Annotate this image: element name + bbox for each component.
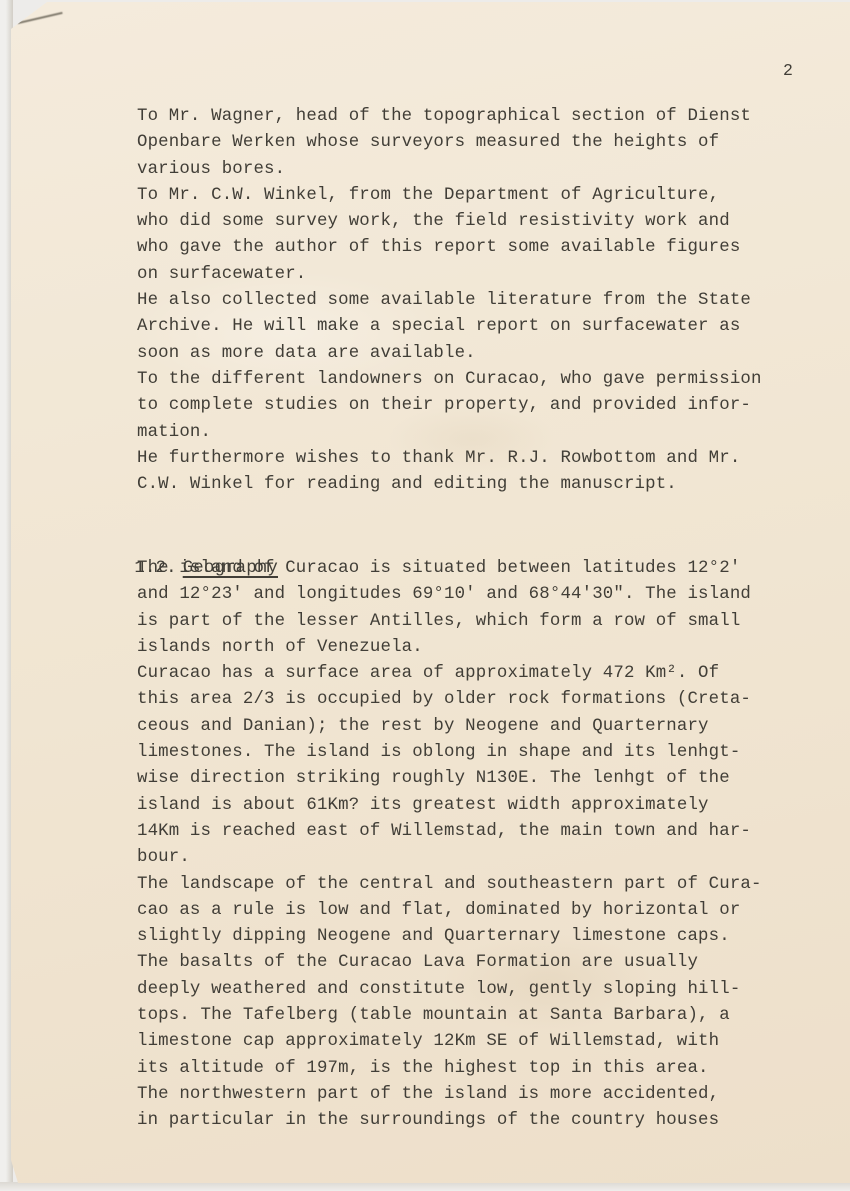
text-line: in particular in the surroundings of the… <box>137 1108 762 1134</box>
text-line: on surfacewater. <box>137 262 762 288</box>
text-line: slightly dipping Neogene and Quarternary… <box>137 924 762 950</box>
document-page: 2 To Mr. Wagner, head of the topographic… <box>11 2 850 1183</box>
corner-crease-mark <box>17 12 62 24</box>
page-number: 2 <box>783 58 793 84</box>
text-line: He furthermore wishes to thank Mr. R.J. … <box>137 446 762 472</box>
text-line: 14Km is reached east of Willemstad, the … <box>137 819 762 845</box>
text-line: various bores. <box>137 157 762 183</box>
text-line: wise direction striking roughly N130E. T… <box>137 766 762 792</box>
text-line: To Mr. Wagner, head of the topographical… <box>137 104 762 130</box>
text-line: Archive. He will make a special report o… <box>137 314 762 340</box>
text-line: mation. <box>137 420 762 446</box>
text-line: Openbare Werken whose surveyors measured… <box>137 130 762 156</box>
text-line: Curacao has a surface area of approximat… <box>137 661 762 687</box>
text-line: islands north of Venezuela. <box>137 635 762 661</box>
acknowledgements-text: To Mr. Wagner, head of the topographical… <box>137 104 762 498</box>
text-line: and 12°23' and longitudes 69°10' and 68°… <box>137 582 762 608</box>
text-line: The island of Curacao is situated betwee… <box>137 556 762 582</box>
text-line: bour. <box>137 845 762 871</box>
text-line: The landscape of the central and southea… <box>137 872 762 898</box>
text-line: to complete studies on their property, a… <box>137 393 762 419</box>
text-line: this area 2/3 is occupied by older rock … <box>137 687 762 713</box>
text-line: deeply weathered and constitute low, gen… <box>137 977 762 1003</box>
text-line: limestones. The island is oblong in shap… <box>137 740 762 766</box>
text-line: ceous and Danian); the rest by Neogene a… <box>137 714 762 740</box>
scan-background-bottom <box>0 1182 850 1191</box>
text-line: soon as more data are available. <box>137 341 762 367</box>
text-line: who did some survey work, the field resi… <box>137 209 762 235</box>
text-line: is part of the lesser Antilles, which fo… <box>137 609 762 635</box>
text-line: He also collected some available literat… <box>137 288 762 314</box>
text-line: tops. The Tafelberg (table mountain at S… <box>137 1003 762 1029</box>
text-line: island is about 61Km? its greatest width… <box>137 793 762 819</box>
text-line: The northwestern part of the island is m… <box>137 1082 762 1108</box>
text-line: C.W. Winkel for reading and editing the … <box>137 472 762 498</box>
text-line: its altitude of 197m, is the highest top… <box>137 1056 762 1082</box>
geography-text: The island of Curacao is situated betwee… <box>137 556 762 1135</box>
text-line: cao as a rule is low and flat, dominated… <box>137 898 762 924</box>
text-line: To the different landowners on Curacao, … <box>137 367 762 393</box>
text-line: who gave the author of this report some … <box>137 235 762 261</box>
text-line: limestone cap approximately 12Km SE of W… <box>137 1029 762 1055</box>
text-line: The basalts of the Curacao Lava Formatio… <box>137 950 762 976</box>
text-line: To Mr. C.W. Winkel, from the Department … <box>137 183 762 209</box>
